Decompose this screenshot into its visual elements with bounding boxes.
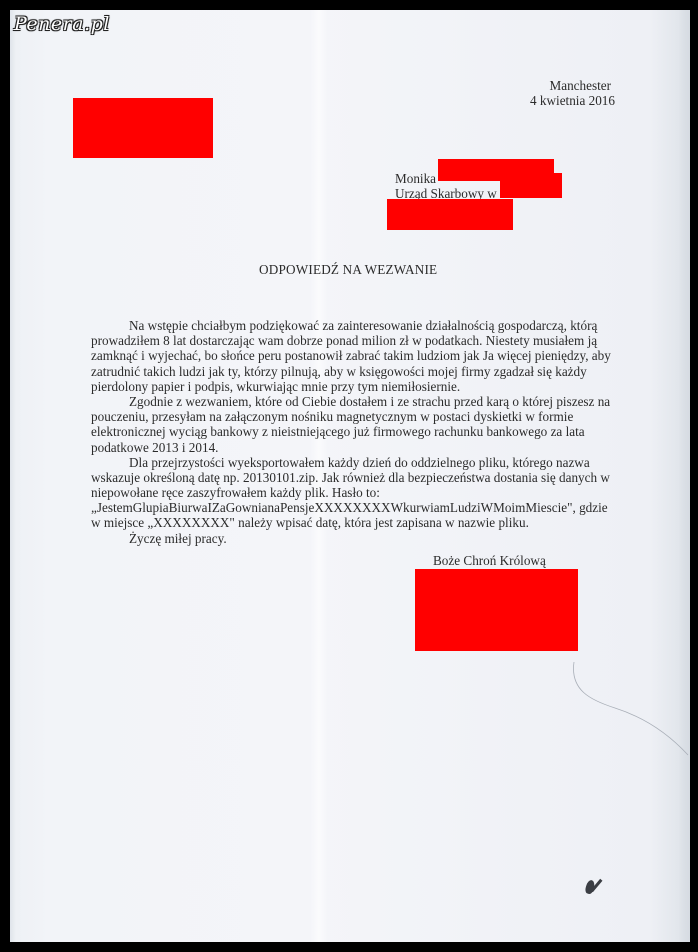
body-line: Życzę miłej pracy. — [91, 531, 631, 546]
body-line: prowadziłem 8 lat dostarczając wam dobrz… — [91, 333, 631, 348]
body-line: Zgodnie z wezwaniem, które od Ciebie dos… — [91, 394, 631, 409]
letter-body: Na wstępie chciałbym podziękować za zain… — [91, 318, 631, 546]
letter-title: ODPOWIEDŹ NA WEZWANIE — [259, 261, 437, 278]
letter-closing: Boże Chroń Królową — [433, 552, 546, 569]
body-line: zamknąć i wyjechać, bo słońce peru posta… — [91, 348, 631, 363]
redaction-signature — [415, 569, 578, 651]
pen-stroke-mark — [570, 660, 690, 760]
redaction-recipient-city — [500, 173, 562, 198]
letter-date: 4 kwietnia 2016 — [460, 92, 615, 109]
body-line: Na wstępie chciałbym podziękować za zain… — [91, 318, 631, 333]
body-line: zatrudnić takich ludzi jak ty, którzy pi… — [91, 364, 631, 379]
watermark-logo: Penera.pl — [14, 13, 110, 35]
body-line: w miejsce „XXXXXXXX" należy wpisać datę,… — [91, 515, 631, 530]
paper-edge-shadow — [678, 10, 690, 942]
body-line: podatkowe 2013 i 2014. — [91, 440, 631, 455]
body-line: wskazuje określoną datę np. 20130101.zip… — [91, 470, 631, 485]
body-line: „JestemGlupiaBiurwaIZaGownianaPensjeXXXX… — [91, 500, 631, 515]
scanned-letter-page: Manchester 4 kwietnia 2016 Monika Urząd … — [10, 10, 690, 942]
body-line: pierdolony papier i podpis, wkurwiając m… — [91, 379, 631, 394]
redaction-recipient-address — [387, 199, 513, 230]
redaction-sender-address — [73, 98, 213, 158]
body-line: elektronicznej wyciąg bankowy z nieistni… — [91, 424, 631, 439]
body-line: pouczeniu, przesyłam na załączonym nośni… — [91, 409, 631, 424]
body-line: niepowołane ręce zaszyfrowałem każdy pli… — [91, 485, 631, 500]
body-line: Dla przejrzystości wyeksportowałem każdy… — [91, 455, 631, 470]
